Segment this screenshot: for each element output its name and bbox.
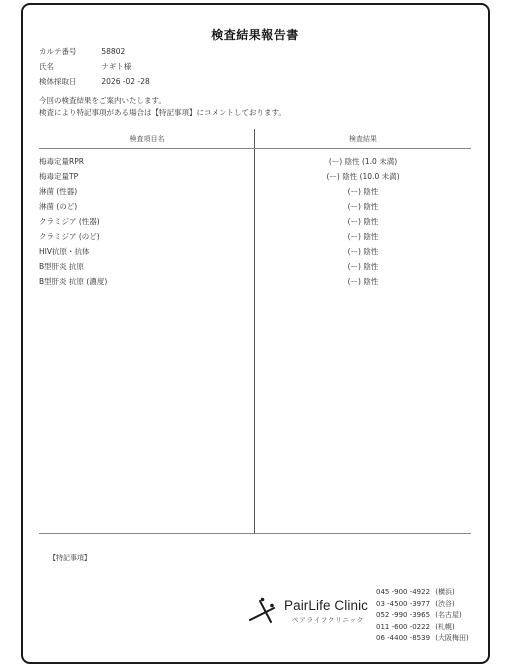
table-row: 淋菌 (のど) (ー) 陰性 bbox=[39, 199, 471, 214]
phone-location: (名古屋) bbox=[435, 611, 461, 619]
intro-line-2: 検査により特記事項がある場合は【特記事項】にコメントしております。 bbox=[39, 107, 286, 119]
phone-location: (大阪梅田) bbox=[435, 634, 468, 642]
test-result: (ー) 陰性 bbox=[255, 244, 471, 259]
meta-row-chart-number: カルテ番号 58802 bbox=[39, 46, 125, 58]
test-result: (ー) 陰性 bbox=[255, 229, 471, 244]
phone-location: (渋谷) bbox=[435, 600, 454, 608]
header-rule bbox=[39, 148, 471, 149]
table-row: クラミジア (のど) (ー) 陰性 bbox=[39, 229, 471, 244]
test-result: (ー) 陰性 (1.0 未満) bbox=[255, 154, 471, 169]
patient-name-label: 氏名 bbox=[39, 61, 99, 73]
phone-location: (札幌) bbox=[435, 623, 454, 631]
special-notes-label: 【特記事項】 bbox=[49, 553, 91, 563]
test-result: (ー) 陰性 bbox=[255, 184, 471, 199]
phone-row-sapporo: 011 -600 -0222 (札幌) bbox=[376, 622, 469, 634]
document-title: 検査結果報告書 bbox=[0, 26, 510, 43]
test-result: (ー) 陰性 (10.0 未満) bbox=[255, 169, 471, 184]
test-item-name: B型肝炎 抗原 bbox=[39, 259, 84, 274]
chart-number-value: 58802 bbox=[101, 46, 125, 58]
clinic-phone-list: 045 -900 -4922 (横浜) 03 -4500 -3977 (渋谷) … bbox=[376, 587, 469, 645]
chart-number-label: カルテ番号 bbox=[39, 46, 99, 58]
test-item-name: 淋菌 (のど) bbox=[39, 199, 77, 214]
test-result: (ー) 陰性 bbox=[255, 259, 471, 274]
clinic-logo: PairLife Clinic ペアライフクリニック bbox=[248, 596, 373, 626]
phone-number: 045 -900 -4922 bbox=[376, 587, 433, 599]
test-result: (ー) 陰性 bbox=[255, 274, 471, 289]
test-item-name: HIV抗原・抗体 bbox=[39, 244, 89, 259]
phone-row-nagoya: 052 -990 -3965 (名古屋) bbox=[376, 610, 469, 622]
table-row: 淋菌 (性器) (ー) 陰性 bbox=[39, 184, 471, 199]
table-row: 梅毒定量RPR (ー) 陰性 (1.0 未満) bbox=[39, 154, 471, 169]
test-item-name: 梅毒定量RPR bbox=[39, 154, 84, 169]
meta-row-patient-name: 氏名 ナギト様 bbox=[39, 61, 131, 73]
collection-date-value: 2026 -02 -28 bbox=[101, 76, 149, 88]
test-item-name: B型肝炎 抗原 (濃度) bbox=[39, 274, 107, 289]
table-row: B型肝炎 抗原 (ー) 陰性 bbox=[39, 259, 471, 274]
table-bottom-rule bbox=[39, 533, 471, 534]
test-result: (ー) 陰性 bbox=[255, 214, 471, 229]
intro-line-1: 今回の検査結果をご案内いたします。 bbox=[39, 95, 166, 107]
test-item-name: クラミジア (性器) bbox=[39, 214, 100, 229]
phone-number: 06 -4400 -8539 bbox=[376, 633, 433, 645]
test-item-name: クラミジア (のど) bbox=[39, 229, 100, 244]
phone-row-shibuya: 03 -4500 -3977 (渋谷) bbox=[376, 599, 469, 611]
collection-date-label: 検体採取日 bbox=[39, 76, 99, 88]
table-row: B型肝炎 抗原 (濃度) (ー) 陰性 bbox=[39, 274, 471, 289]
phone-number: 052 -990 -3965 bbox=[376, 610, 433, 622]
column-header-result: 検査結果 bbox=[255, 134, 471, 144]
column-header-item: 検査項目名 bbox=[39, 134, 255, 144]
phone-location: (横浜) bbox=[435, 588, 454, 596]
table-row: 梅毒定量TP (ー) 陰性 (10.0 未満) bbox=[39, 169, 471, 184]
test-result: (ー) 陰性 bbox=[255, 199, 471, 214]
clinic-name-kana: ペアライフクリニック bbox=[292, 615, 364, 624]
table-row: クラミジア (性器) (ー) 陰性 bbox=[39, 214, 471, 229]
dancing-figure-icon bbox=[248, 596, 282, 626]
meta-row-collection-date: 検体採取日 2026 -02 -28 bbox=[39, 76, 150, 88]
phone-row-yokohama: 045 -900 -4922 (横浜) bbox=[376, 587, 469, 599]
table-row: HIV抗原・抗体 (ー) 陰性 bbox=[39, 244, 471, 259]
clinic-name: PairLife Clinic bbox=[284, 598, 368, 613]
phone-row-osaka-umeda: 06 -4400 -8539 (大阪梅田) bbox=[376, 633, 469, 645]
patient-name-value: ナギト様 bbox=[101, 61, 131, 73]
phone-number: 011 -600 -0222 bbox=[376, 622, 433, 634]
phone-number: 03 -4500 -3977 bbox=[376, 599, 433, 611]
test-item-name: 梅毒定量TP bbox=[39, 169, 78, 184]
test-item-name: 淋菌 (性器) bbox=[39, 184, 77, 199]
